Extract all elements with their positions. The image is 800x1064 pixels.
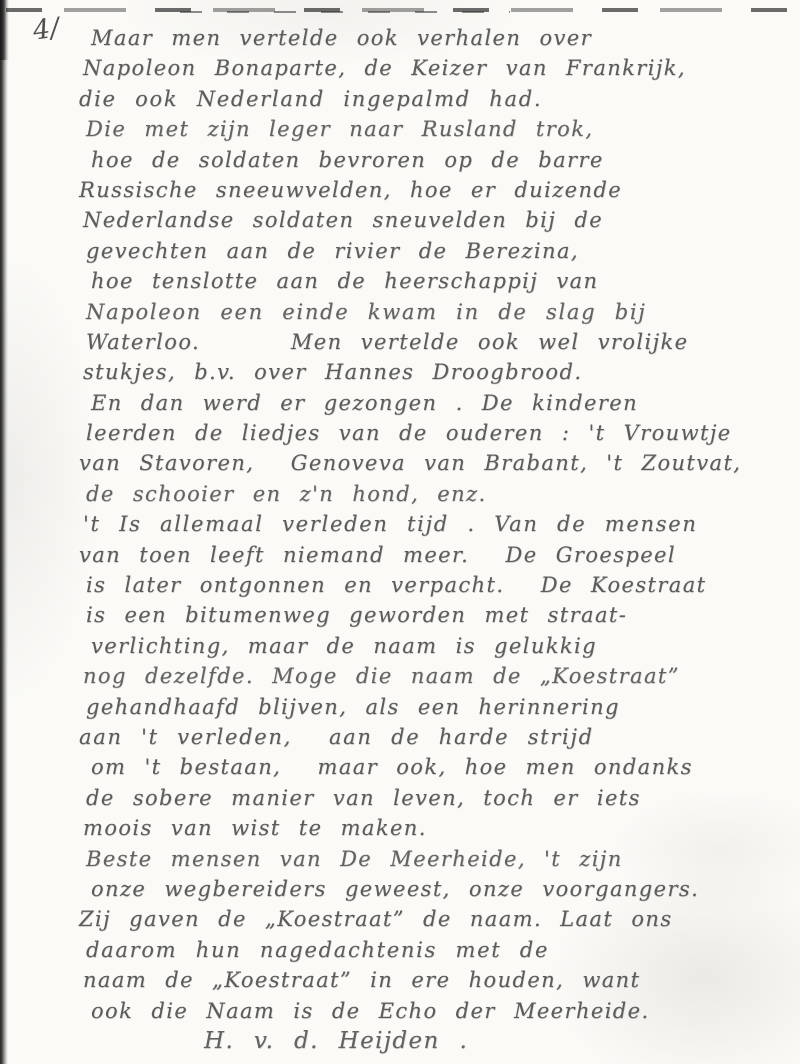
handwritten-line: leerden de liedjes van de ouderen : 't V…	[86, 418, 762, 448]
handwritten-line: de sobere manier van leven, toch er iets	[86, 783, 762, 813]
handwritten-line: naam de „Koestraat” in ere houden, want	[83, 965, 762, 995]
page-number: 4/	[31, 12, 61, 46]
handwritten-line: Waterloo. Men vertelde ook wel vrolijke	[86, 327, 762, 357]
handwritten-line: verlichting, maar de naam is gelukkig	[91, 631, 762, 661]
handwritten-line: Maar men vertelde ook verhalen over	[91, 23, 762, 53]
handwritten-line: stukjes, b.v. over Hannes Droogbrood.	[83, 357, 762, 387]
handwritten-line: Nederlandse soldaten sneuvelden bij de	[83, 205, 762, 235]
handwritten-line: gevechten aan de rivier de Berezina,	[86, 236, 762, 266]
handwritten-line: om 't bestaan, maar ook, hoe men ondanks	[91, 752, 762, 782]
scan-edge-top-dashes-secondary	[180, 11, 510, 13]
handwritten-line: Napoleon een einde kwam in de slag bij	[86, 297, 762, 327]
handwritten-line: gehandhaafd blijven, als een herinnering	[86, 692, 762, 722]
signature: H. v. d. Heijden .	[204, 1026, 762, 1056]
handwritten-line: hoe tenslotte aan de heerschappij van	[91, 266, 762, 296]
handwritten-line: onze wegbereiders geweest, onze voorgang…	[91, 874, 762, 904]
handwritten-line: is later ontgonnen en verpacht. De Koest…	[86, 570, 762, 600]
handwritten-line: die ook Nederland ingepalmd had.	[79, 84, 762, 114]
scan-edge-left	[0, 0, 8, 1064]
handwritten-line: van Stavoren, Genoveva van Brabant, 't Z…	[79, 448, 762, 478]
handwritten-line: En dan werd er gezongen . De kinderen	[91, 388, 762, 418]
handwritten-line: nog dezelfde. Moge die naam de „Koestraa…	[83, 661, 762, 691]
handwritten-line: ook die Naam is de Echo der Meerheide.	[91, 996, 762, 1026]
handwritten-line: Napoleon Bonaparte, de Keizer van Frankr…	[83, 53, 762, 83]
handwritten-line: moois van wist te maken.	[83, 813, 762, 843]
handwritten-line: is een bitumenweg geworden met straat-	[86, 600, 762, 630]
handwritten-line: Russische sneeuwvelden, hoe er duizende	[79, 175, 762, 205]
handwritten-line: daarom hun nagedachtenis met de	[86, 935, 762, 965]
handwriting-text-block: Maar men vertelde ook verhalen over Napo…	[86, 23, 762, 1056]
handwritten-line: Zij gaven de „Koestraat” de naam. Laat o…	[79, 904, 762, 934]
handwritten-line: de schooier en z'n hond, enz.	[86, 479, 762, 509]
scanned-page: { "page": { "number": "4/", "signature":…	[0, 0, 800, 1064]
handwritten-line: Die met zijn leger naar Rusland trok,	[86, 114, 762, 144]
handwritten-line: aan 't verleden, aan de harde strijd	[79, 722, 762, 752]
handwritten-line: van toen leeft niemand meer. De Groespee…	[79, 540, 762, 570]
handwritten-line: Beste mensen van De Meerheide, 't zijn	[86, 844, 762, 874]
handwritten-line: 't Is allemaal verleden tijd . Van de me…	[83, 509, 762, 539]
handwritten-line: hoe de soldaten bevroren op de barre	[91, 145, 762, 175]
